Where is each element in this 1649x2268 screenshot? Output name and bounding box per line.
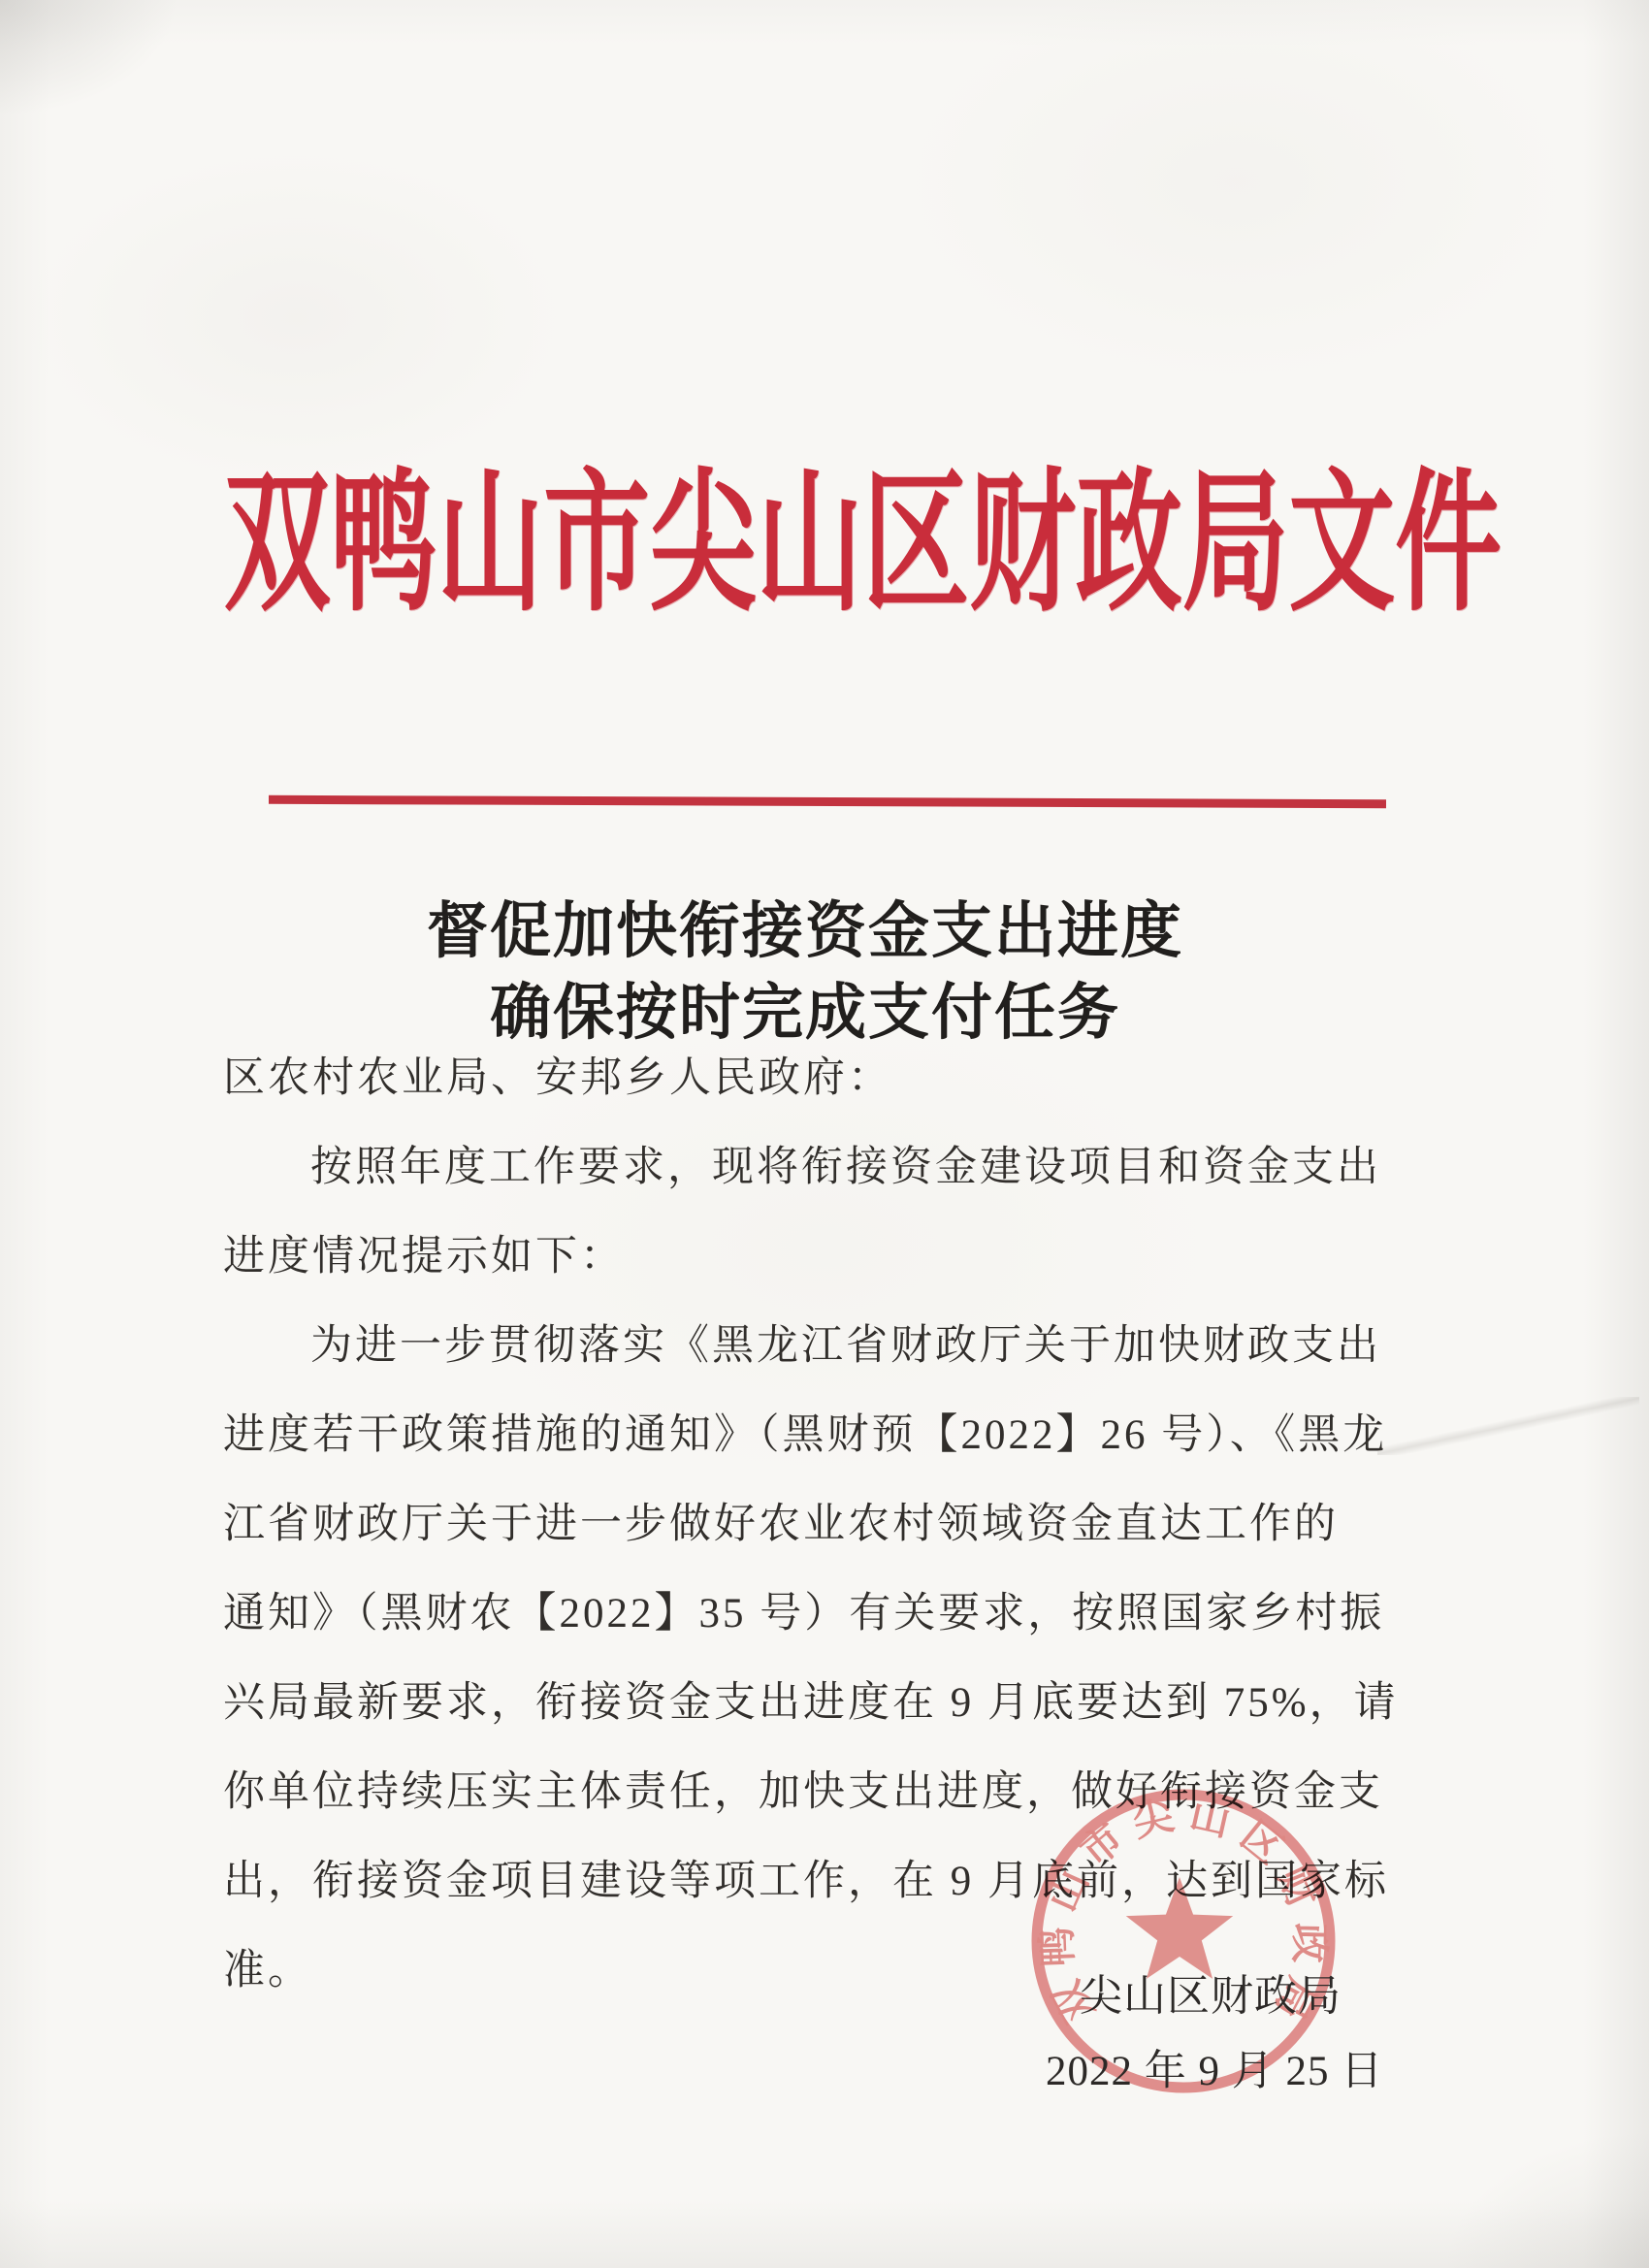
red-divider-rule [269,795,1386,808]
salutation-line: 区农村农业局、安邦乡人民政府： [223,1034,1392,1123]
paper-crease [1377,1397,1639,1455]
body-line: 进度若干政策措施的通知》（黑财预【2022】26 号）、《黑龙 [223,1391,1392,1480]
star-icon [1126,1877,1233,1979]
red-letterhead: 双鸭山市尖山区财政局文件 [224,464,1649,629]
body-line: 进度情况提示如下： [223,1213,1392,1302]
letterhead-text: 双鸭山市尖山区财政局文件 [224,464,1502,625]
scanned-document-page: 双鸭山市尖山区财政局文件 督促加快衔接资金支出进度 确保按时完成支付任务 区农村… [0,0,1649,2268]
body-line: 兴局最新要求，衔接资金支出进度在 9 月底要达到 75%，请 [223,1659,1392,1748]
document-title: 督促加快衔接资金支出进度 确保按时完成支付任务 [223,891,1387,1053]
body-line: 为进一步贯彻落实《黑龙江省财政厅关于加快财政支出 [223,1302,1392,1391]
body-line: 通知》（黑财农【2022】35 号）有关要求，按照国家乡村振 [223,1570,1392,1659]
document-title-line1: 督促加快衔接资金支出进度 [223,891,1387,972]
document-date: 2022 年 9 月 25 日 [1046,2043,1383,2101]
body-line: 江省财政厅关于进一步做好农业农村领域资金直达工作的 [223,1480,1392,1570]
signature-org: 尖山区财政局 [1080,1967,1342,2025]
body-line: 按照年度工作要求，现将衔接资金建设项目和资金支出 [223,1123,1392,1213]
